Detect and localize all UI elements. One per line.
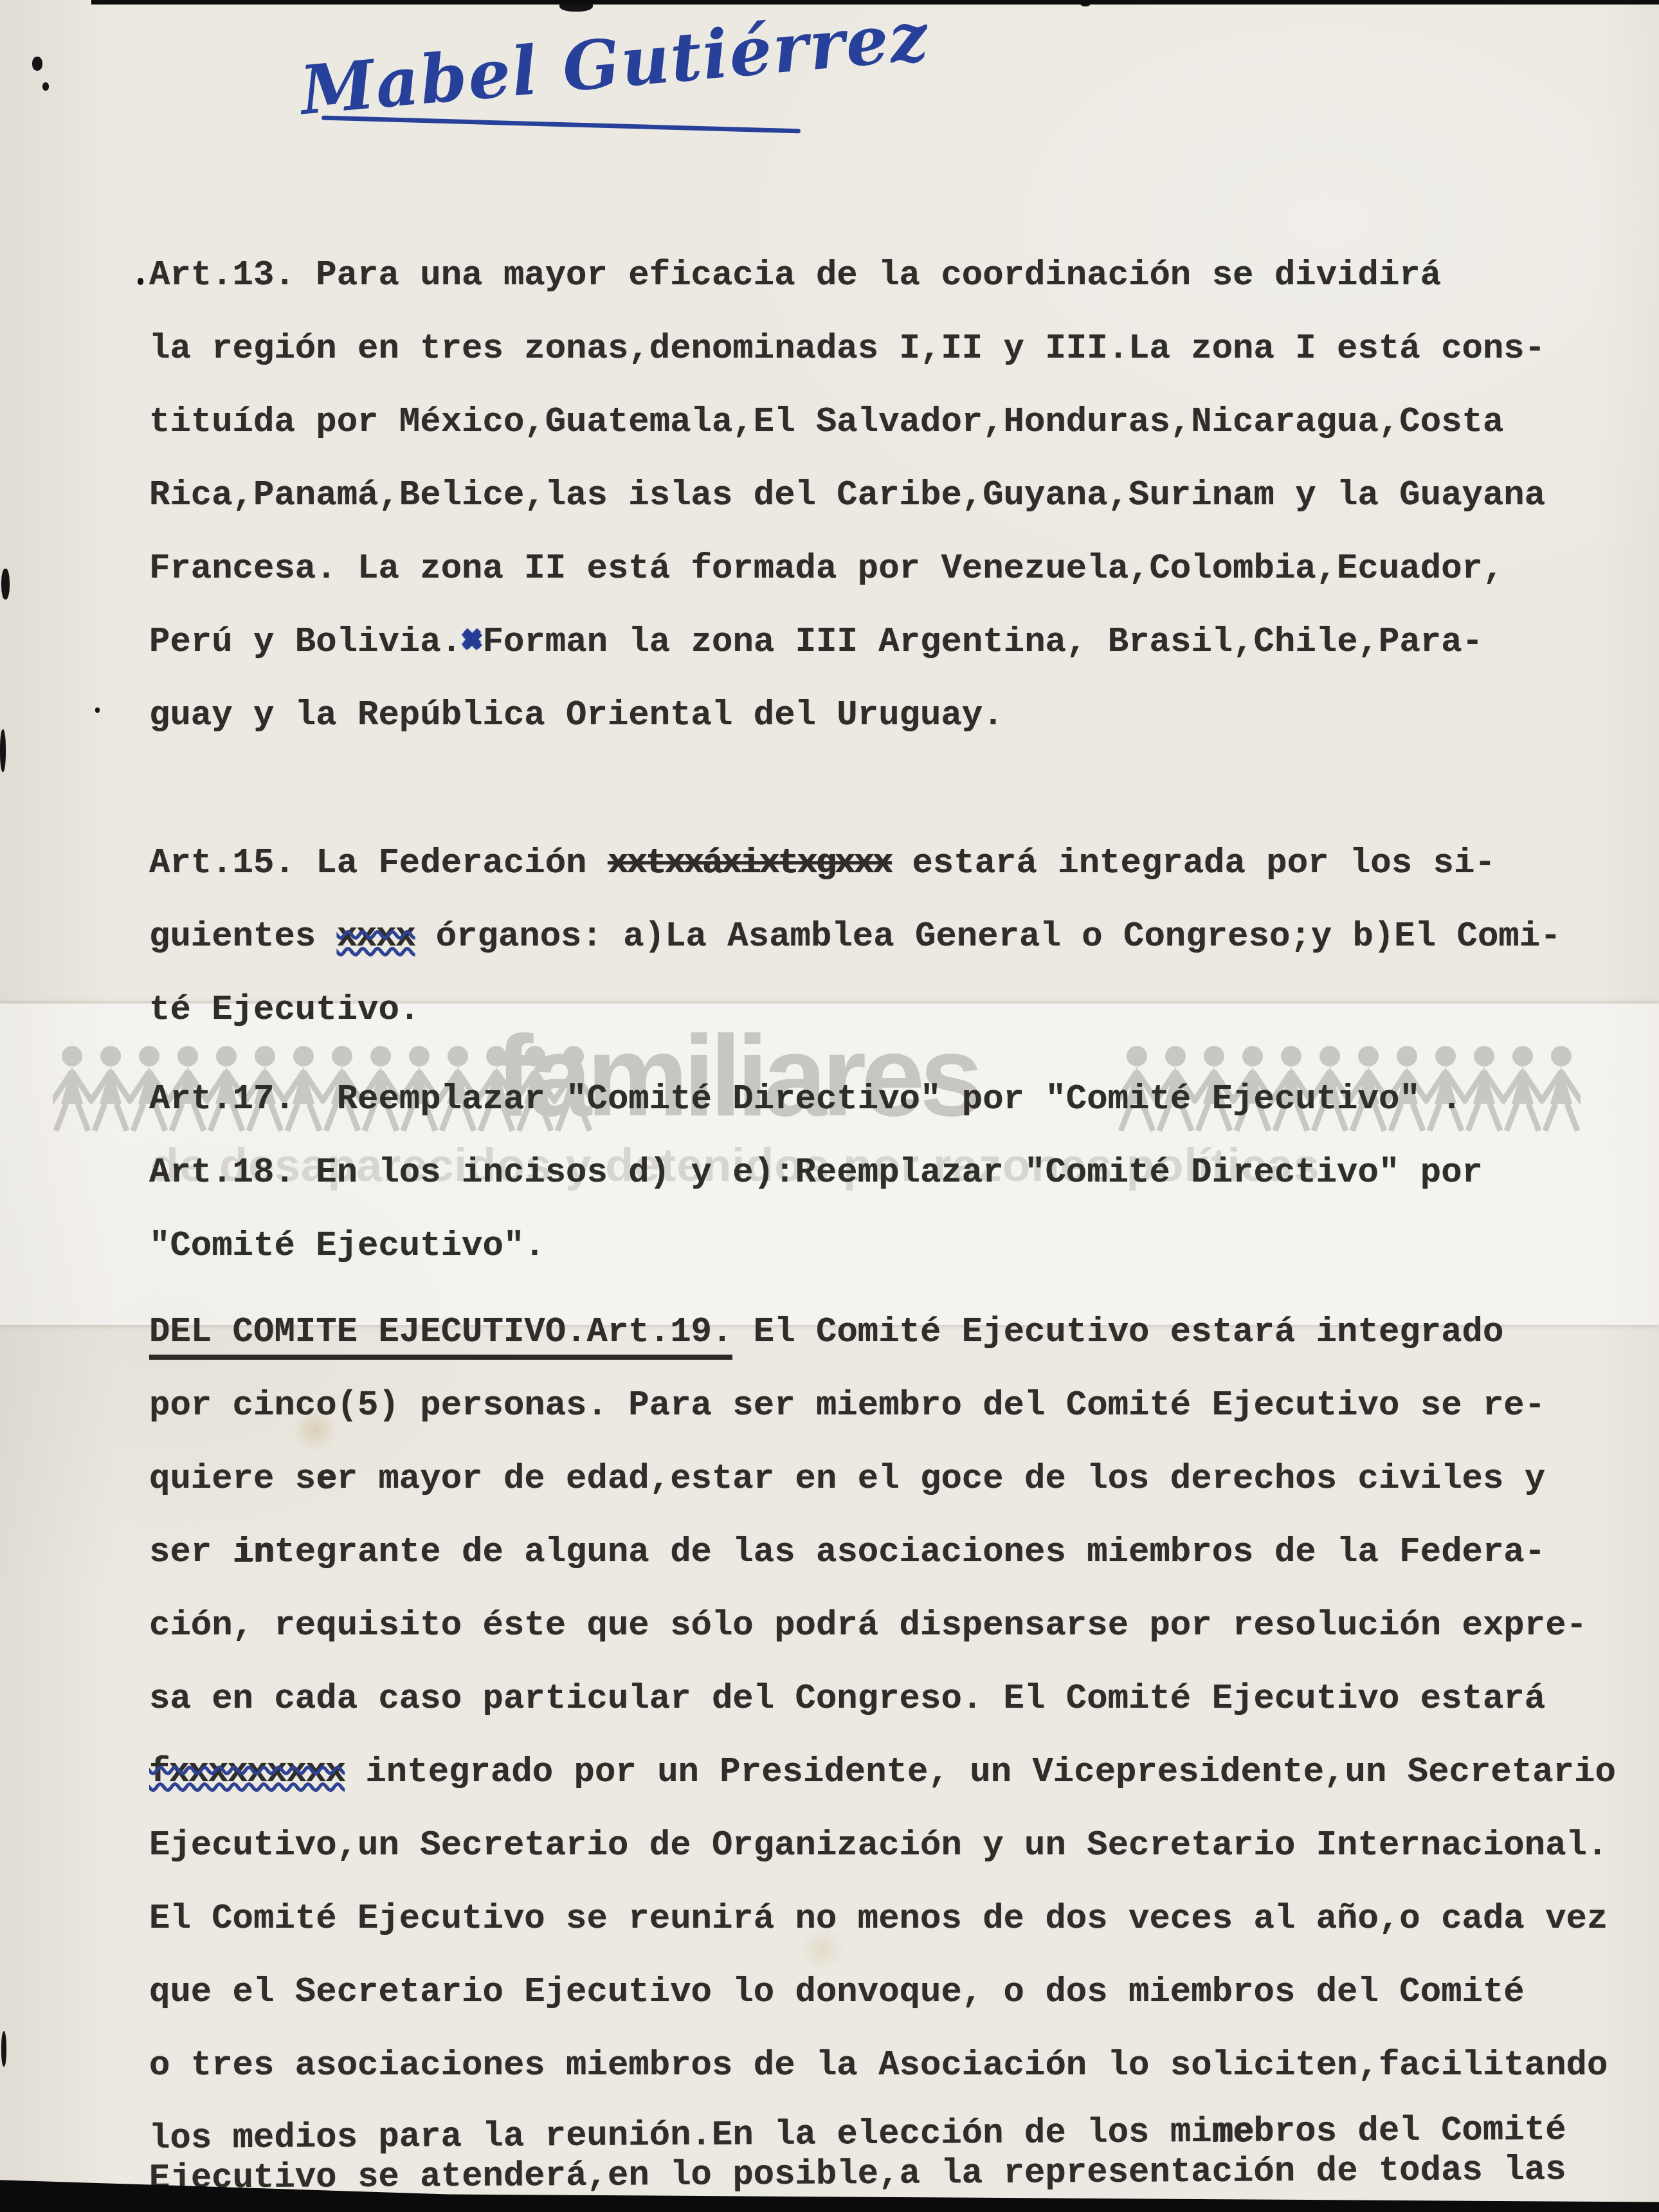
typed-line: Art.15. La Federación xxtxxáxixtxgxxx es… bbox=[149, 827, 1622, 900]
typed-text: o tres asociaciones miembros de la Asoci… bbox=[149, 2046, 1608, 2085]
typed-line: Art.17. Reemplazar "Comité Directivo" po… bbox=[149, 1063, 1622, 1137]
typed-text: Art.13. Para una mayor eficacia de la co… bbox=[149, 256, 1441, 295]
typed-line: o tres asociaciones miembros de la Asoci… bbox=[149, 2029, 1622, 2103]
typed-text: ción, requisito éste que sólo podrá disp… bbox=[149, 1606, 1587, 1645]
typed-line: quiere ser mayor de edad,estar en el goc… bbox=[149, 1443, 1622, 1516]
typed-line: ser integrante de alguna de las asociaci… bbox=[149, 1516, 1622, 1589]
typed-text: ser bbox=[149, 1533, 233, 1572]
underlined-heading: DEL COMITE EJECUTIVO.Art.19. bbox=[149, 1313, 732, 1360]
typed-text: Francesa. La zona II está formada por Ve… bbox=[149, 549, 1503, 589]
typed-text: Art.15. La Federación bbox=[149, 844, 608, 883]
typed-line: sa en cada caso particular del Congreso.… bbox=[149, 1663, 1622, 1736]
crossed-out-word: fxxxxxxxxx bbox=[149, 1753, 345, 1792]
typed-line: que el Secretario Ejecutivo lo donvoque,… bbox=[149, 1956, 1622, 2029]
typed-text: órganos: a)La Asamblea General o Congres… bbox=[415, 917, 1561, 956]
scan-speck bbox=[42, 82, 49, 91]
typed-text: e bbox=[316, 1459, 336, 1499]
typed-text: guay y la República Oriental del Uruguay… bbox=[149, 696, 1004, 735]
typed-text: la región en tres zonas,denominadas I,II… bbox=[149, 329, 1545, 369]
typed-text: El Comité Ejecutivo se reunirá no menos … bbox=[149, 1899, 1608, 1939]
typed-line: la región en tres zonas,denominadas I,II… bbox=[149, 313, 1622, 386]
scan-edge-top bbox=[91, 0, 1659, 5]
typed-line: Ejecutivo,un Secretario de Organización … bbox=[149, 1809, 1622, 1883]
typed-text: quiere s bbox=[149, 1459, 316, 1499]
scanned-document-page: familiares de desaparecidos y detenidos … bbox=[0, 0, 1659, 2212]
typed-text: estará integrada por los si- bbox=[891, 844, 1496, 883]
scan-speck bbox=[138, 278, 143, 285]
typed-text: Forman la zona III Argentina, Brasil,Chi… bbox=[483, 623, 1483, 662]
typed-line: Perú y Bolivia.✖Forman la zona III Argen… bbox=[149, 606, 1622, 679]
scan-speck bbox=[1, 569, 10, 599]
typed-text: r mayor de edad,estar en el goce de los … bbox=[337, 1459, 1546, 1499]
typed-line: fxxxxxxxxx integrado por un Presidente, … bbox=[149, 1736, 1622, 1809]
typed-line: tituída por México,Guatemala,El Salvador… bbox=[149, 386, 1622, 459]
typed-line: Art.18. En los incisos d) y e):Reemplaza… bbox=[149, 1137, 1622, 1210]
scan-speck bbox=[1, 2031, 6, 2067]
typed-line: El Comité Ejecutivo se reunirá no menos … bbox=[149, 1883, 1622, 1956]
typed-text: que el Secretario Ejecutivo lo donvoque,… bbox=[149, 1973, 1525, 2012]
typed-line: "Comité Ejecutivo". bbox=[149, 1210, 1622, 1283]
typed-text: in bbox=[233, 1533, 275, 1572]
typed-text: El Comité Ejecutivo estará integrado bbox=[732, 1313, 1503, 1352]
typed-text-block: Art.13. Para una mayor eficacia de la co… bbox=[149, 239, 1622, 2212]
scan-speck bbox=[32, 57, 42, 71]
scan-speck bbox=[95, 708, 100, 713]
typed-text: Ejecutivo,un Secretario de Organización … bbox=[149, 1826, 1608, 1865]
typed-over-text: xxtxxáxixtxgxxx bbox=[608, 844, 891, 883]
typed-text: Ejecutivo se atenderá,en lo posible,a la… bbox=[149, 2151, 1566, 2198]
typed-text: Art.17. Reemplazar "Comité Directivo" po… bbox=[149, 1080, 1462, 1119]
signature-handwriting: Mabel Gutiérrez bbox=[297, 1, 886, 192]
typed-line: té Ejecutivo. bbox=[149, 974, 1622, 1047]
typed-text: tituída por México,Guatemala,El Salvador… bbox=[149, 403, 1503, 442]
typed-line: ción, requisito éste que sólo podrá disp… bbox=[149, 1589, 1622, 1663]
typed-text: por cinco(5) personas. Para ser miembro … bbox=[149, 1386, 1545, 1425]
typed-text: Art.18. En los incisos d) y e):Reemplaza… bbox=[149, 1153, 1483, 1193]
typed-line: DEL COMITE EJECUTIVO.Art.19. El Comité E… bbox=[149, 1296, 1622, 1369]
typed-text: sa en cada caso particular del Congreso.… bbox=[149, 1679, 1545, 1719]
typed-text: té Ejecutivo. bbox=[149, 991, 420, 1030]
typed-text: tegrante de alguna de las asociaciones m… bbox=[274, 1533, 1545, 1572]
typed-text: integrado por un Presidente, un Vicepres… bbox=[345, 1753, 1616, 1792]
typed-line: Francesa. La zona II está formada por Ve… bbox=[149, 533, 1622, 606]
signature-text: Mabel Gutiérrez bbox=[297, 0, 932, 130]
typed-line: Art.13. Para una mayor eficacia de la co… bbox=[149, 239, 1622, 313]
typed-line: guay y la República Oriental del Uruguay… bbox=[149, 679, 1622, 753]
typed-text: Rica,Panamá,Belice,las islas del Caribe,… bbox=[149, 476, 1545, 515]
scan-speck bbox=[0, 729, 6, 772]
typed-text: guientes bbox=[149, 917, 337, 956]
typed-line: Rica,Panamá,Belice,las islas del Caribe,… bbox=[149, 459, 1622, 533]
typed-text: "Comité Ejecutivo". bbox=[149, 1227, 545, 1266]
typed-text: Perú y Bolivia. bbox=[149, 623, 462, 662]
ink-blot: ✖ bbox=[462, 623, 483, 662]
crossed-out-word: xxxx bbox=[337, 917, 415, 956]
typed-line: por cinco(5) personas. Para ser miembro … bbox=[149, 1369, 1622, 1443]
typed-line: guientes xxxx órganos: a)La Asamblea Gen… bbox=[149, 900, 1622, 974]
